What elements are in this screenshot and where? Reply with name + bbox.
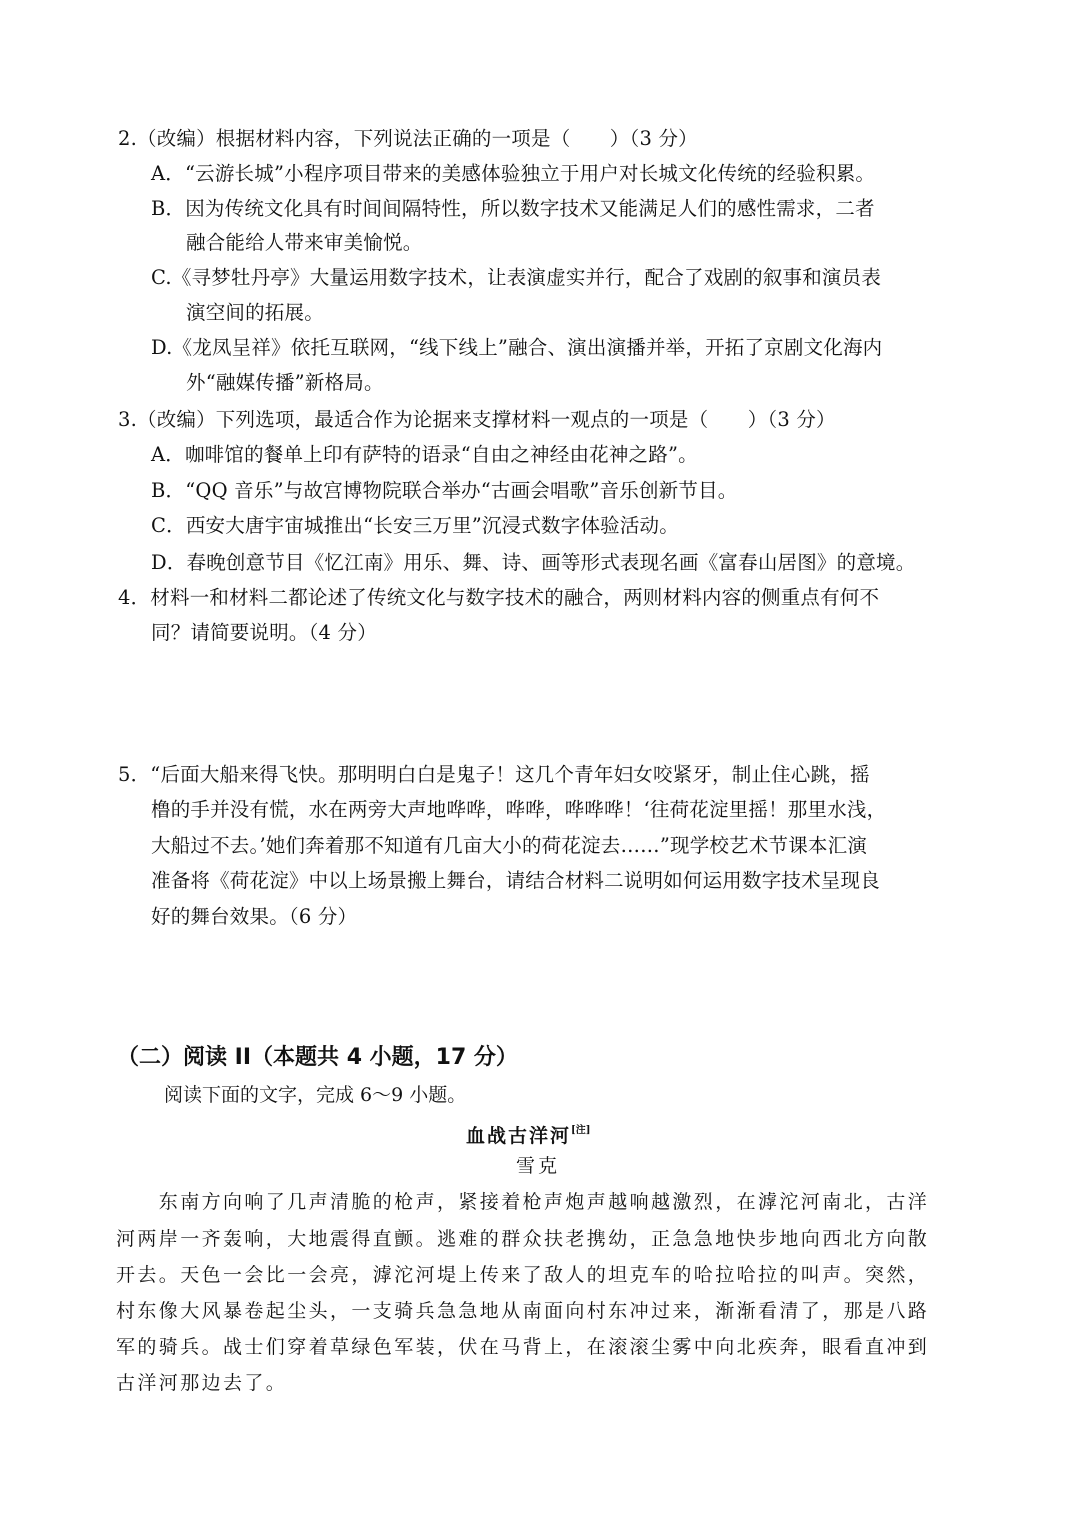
question-3-option-d: D．春晚创意节目《忆江南》用乐、舞、诗、画等形式表现名画《富春山居图》的意境。 xyxy=(151,551,915,575)
question-5-line-2: 橹的手并没有慌，水在两旁大声地哗哗，哗哗，哗哗哗！‘往荷花淀里摇！那里水浅， xyxy=(151,798,886,822)
passage-author: 雪克 xyxy=(516,1154,560,1178)
section-instruction: 阅读下面的文字，完成 6～9 小题。 xyxy=(164,1083,466,1107)
title-footnote-marker: [注] xyxy=(571,1125,590,1136)
question-5-line-5: 好的舞台效果。（6 分） xyxy=(151,905,357,929)
question-2-stem: 2.（改编）根据材料内容，下列说法正确的一项是（ ）（3 分） xyxy=(118,127,698,151)
passage-line-2: 河两岸一齐轰响，大地震得直颤。逃难的群众扶老携幼，正急急地快步地向西北方向散 xyxy=(116,1227,958,1251)
question-2-option-d-cont: 外“融媒传播”新格局。 xyxy=(186,371,384,395)
question-4-line-2: 同？请简要说明。（4 分） xyxy=(151,621,377,645)
question-5-line-4: 准备将《荷花淀》中以上场景搬上舞台，请结合材料二说明如何运用数字技术呈现良 xyxy=(151,869,880,893)
passage-line-5: 军的骑兵。战士们穿着草绿色军装，伏在马背上，在滚滚尘雾中向北疾奔，眼看直冲到 xyxy=(116,1335,958,1359)
passage-title: 血战古洋河[注] xyxy=(466,1118,590,1149)
question-2-option-d: D.《龙凤呈祥》依托互联网，“线下线上”融合、演出演播并举，开拓了京剧文化海内 xyxy=(151,336,882,360)
question-4-line-1: 4．材料一和材料二都论述了传统文化与数字技术的融合，两则材料内容的侧重点有何不 xyxy=(118,586,879,610)
passage-title-text: 血战古洋河 xyxy=(466,1125,571,1147)
section-heading: （二）阅读 II（本题共 4 小题，17 分） xyxy=(117,1043,518,1073)
passage-line-3: 开去。天色一会比一会亮，滹沱河堤上传来了敌人的坦克车的哈拉哈拉的叫声。突然， xyxy=(116,1263,958,1287)
question-3-stem: 3.（改编）下列选项，最适合作为论据来支撑材料一观点的一项是（ ）（3 分） xyxy=(118,408,836,432)
question-5-line-3: 大船过不去。’她们奔着那不知道有几亩大小的荷花淀去……”现学校艺术节课本汇演 xyxy=(151,834,867,858)
passage-line-1: 东南方向响了几声清脆的枪声，紧接着枪声炮声越响越激烈，在滹沱河南北，古洋 xyxy=(116,1190,958,1214)
question-2-option-b-cont: 融合能给人带来审美愉悦。 xyxy=(186,231,422,255)
passage-line-4: 村东像大风暴卷起尘头，一支骑兵急急地从南面向村东冲过来，渐渐看清了，那是八路 xyxy=(116,1299,958,1323)
question-2-option-a: A．“云游长城”小程序项目带来的美感体验独立于用户对长城文化传统的经验积累。 xyxy=(151,162,875,186)
question-3-option-b: B．“QQ 音乐”与故宫博物院联合举办“古画会唱歌”音乐创新节目。 xyxy=(151,479,737,503)
question-2-option-c-cont: 演空间的拓展。 xyxy=(186,301,324,325)
question-3-option-c: C．西安大唐宇宙城推出“长安三万里”沉浸式数字体验活动。 xyxy=(151,514,679,538)
passage-line-6: 古洋河那边去了。 xyxy=(116,1371,958,1395)
question-5-line-1: 5．“后面大船来得飞快。那明明白白是鬼子！这几个青年妇女咬紧牙，制止住心跳，摇 xyxy=(118,763,870,787)
question-2-option-c: C.《寻梦牡丹亭》大量运用数字技术，让表演虚实并行，配合了戏剧的叙事和演员表 xyxy=(151,266,881,290)
question-3-option-a: A．咖啡馆的餐单上印有萨特的语录“自由之神经由花神之路”。 xyxy=(151,443,698,467)
question-2-option-b: B．因为传统文化具有时间间隔特性，所以数字技术又能满足人们的感性需求，二者 xyxy=(151,197,875,221)
